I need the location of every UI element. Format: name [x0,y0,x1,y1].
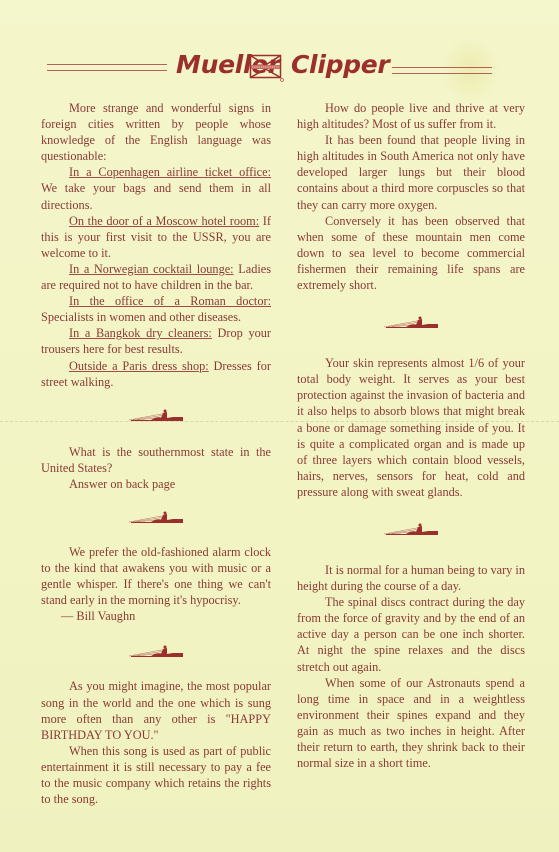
height-paragraph-3: When some of our Astronauts spend a long… [297,675,525,772]
sign-text: Specialists in women and other diseases. [41,310,241,324]
song-paragraph-2: When this song is used as part of public… [41,743,271,807]
altitude-paragraph-3: Conversely it has been observed that whe… [297,213,525,293]
skin-article: Your skin represents almost 1/6 of your … [297,355,525,500]
sign-item: In a Bangkok dry cleaners: Drop your tro… [41,325,271,357]
quote-author: — Bill Vaughn [41,608,271,624]
sign-place: In a Copenhagen airline ticket office: [69,165,271,179]
clipper-ship-ornament-icon [127,510,185,524]
masthead-rule-right [392,67,492,74]
brand-name-clipper: Clipper [291,50,389,79]
left-column: More strange and wonderful signs in fore… [41,100,271,807]
sign-place: In a Bangkok dry cleaners: [69,326,212,340]
sign-item: In a Norwegian cocktail lounge: Ladies a… [41,261,271,293]
masthead-rule-left [47,64,167,71]
height-paragraph-1: It is normal for a human being to vary i… [297,562,525,594]
signs-intro: More strange and wonderful signs in fore… [41,100,271,164]
clipper-ship-ornament-icon [127,408,185,422]
clipper-ship-ornament-icon [382,522,440,536]
song-paragraph-1: As you might imagine, the most popular s… [41,678,271,742]
sign-text: We take your bags and send them in all d… [41,181,271,211]
sign-place: Outside a Paris dress shop: [69,359,209,373]
quote-article: We prefer the old-fashioned alarm clock … [41,544,271,624]
sign-item: On the door of a Moscow hotel room: If t… [41,213,271,261]
height-article: It is normal for a human being to vary i… [297,562,525,771]
sign-place: On the door of a Moscow hotel room: [69,214,259,228]
foreign-signs-article: More strange and wonderful signs in fore… [41,100,271,390]
quiz-article: What is the southernmost state in the Un… [41,444,271,492]
masthead: Mueller Clipper [0,46,559,86]
altitude-paragraph-1: How do people live and thrive at very hi… [297,100,525,132]
height-paragraph-2: The spinal discs contract during the day… [297,594,525,674]
altitude-article: How do people live and thrive at very hi… [297,100,525,293]
quote-text: We prefer the old-fashioned alarm clock … [41,544,271,608]
clipper-ship-ornament-icon [382,315,440,329]
skin-paragraph: Your skin represents almost 1/6 of your … [297,355,525,500]
birthday-song-article: As you might imagine, the most popular s… [41,678,271,807]
right-column: How do people live and thrive at very hi… [297,100,525,771]
sign-item: In the office of a Roman doctor: Special… [41,293,271,325]
sign-item: Outside a Paris dress shop: Dresses for … [41,358,271,390]
sign-place: In the office of a Roman doctor: [69,294,271,308]
quiz-answer-note: Answer on back page [41,476,271,492]
sign-place: In a Norwegian cocktail lounge: [69,262,234,276]
mueller-m-logo-icon [249,54,285,82]
clipper-ship-ornament-icon [127,644,185,658]
quiz-question: What is the southernmost state in the Un… [41,444,271,476]
altitude-paragraph-2: It has been found that people living in … [297,132,525,212]
sign-item: In a Copenhagen airline ticket office: W… [41,164,271,212]
